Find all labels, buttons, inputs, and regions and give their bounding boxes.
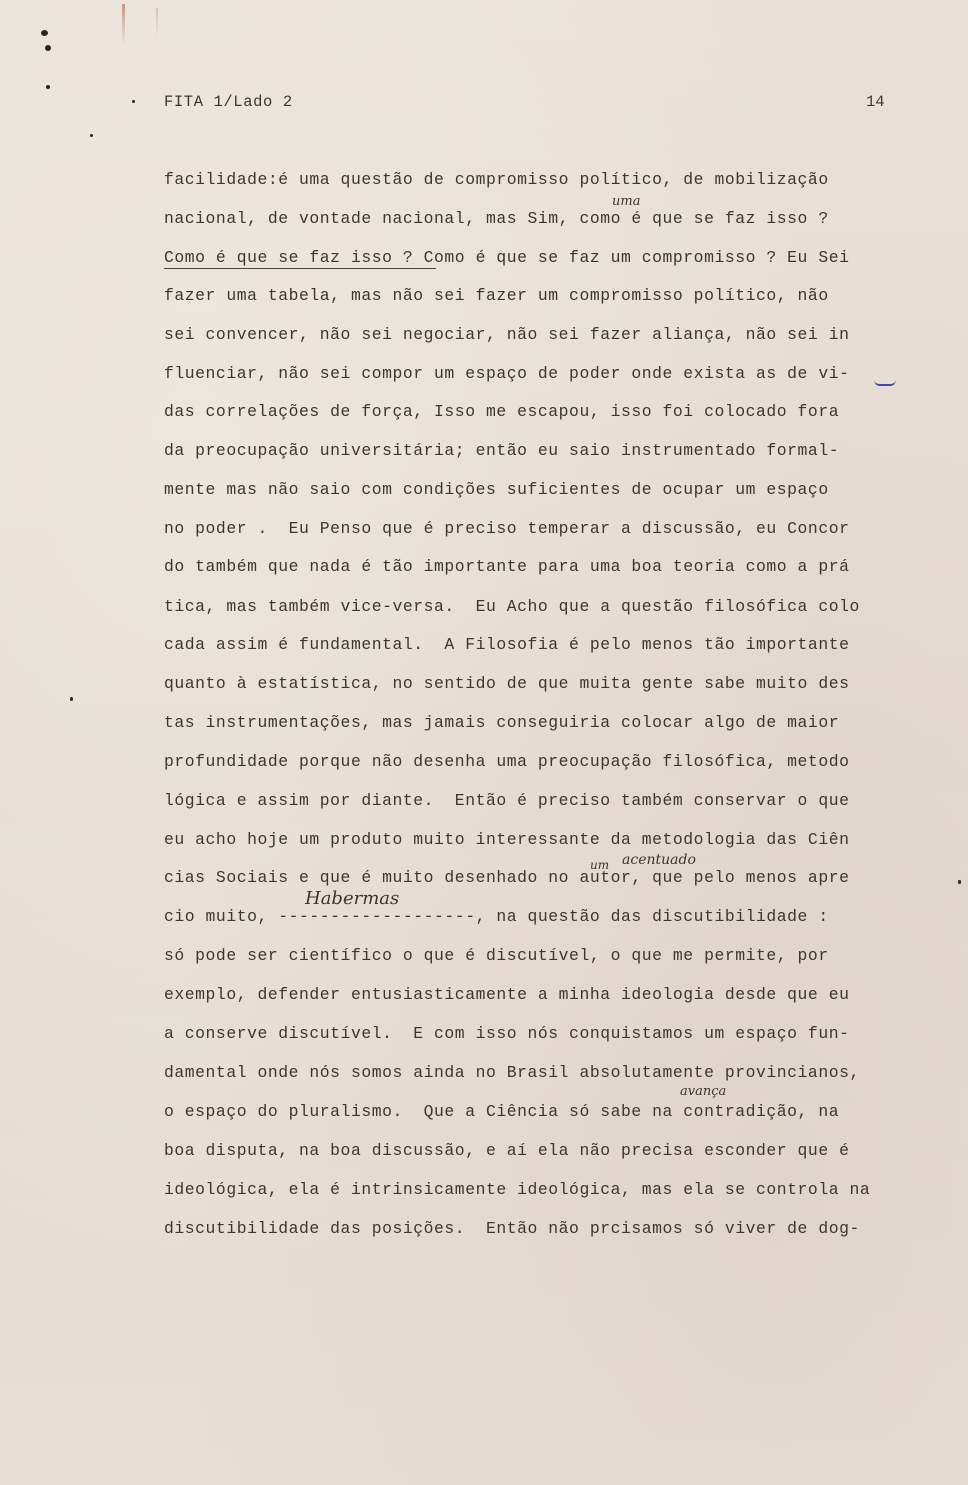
text-line: quanto à estatística, no sentido de que … (164, 674, 849, 693)
text-line: fluenciar, não sei compor um espaço de p… (164, 364, 849, 383)
bullet-dot (132, 100, 135, 103)
text-line: das correlações de força, Isso me escapo… (164, 402, 839, 421)
handwritten-insert: um (590, 858, 609, 872)
text-line: Como é que se faz isso ? Como é que se f… (164, 248, 849, 267)
text-line: a conserve discutível. E com isso nós co… (164, 1024, 849, 1043)
text-line: cias Sociais e que é muito desenhado no … (164, 868, 849, 887)
handwritten-insert: uma (612, 194, 640, 209)
punch-mark (45, 45, 51, 51)
text-line: ideológica, ela é intrinsicamente ideoló… (164, 1180, 870, 1199)
text-line: do também que nada é tão importante para… (164, 557, 849, 576)
text-line: lógica e assim por diante. Então é preci… (164, 791, 849, 810)
text-line: tas instrumentações, mas jamais consegui… (164, 713, 839, 732)
punch-mark (41, 30, 48, 36)
text-line: eu acho hoje um produto muito interessan… (164, 830, 849, 849)
text-line: no poder . Eu Penso que é preciso temper… (164, 519, 849, 538)
text-line: profundidade porque não desenha uma preo… (164, 752, 849, 771)
tape-label: FITA 1/Lado 2 (164, 93, 293, 111)
text-line: fazer uma tabela, mas não sei fazer um c… (164, 286, 829, 305)
text-line: mente mas não saio com condições suficie… (164, 480, 829, 499)
hyphen-mark (874, 380, 896, 386)
rust-stain (156, 8, 158, 38)
text-line: da preocupação universitária; então eu s… (164, 441, 839, 460)
text-line: o espaço do pluralismo. Que a Ciência só… (164, 1102, 839, 1121)
handwritten-underline (164, 268, 436, 269)
text-line: nacional, de vontade nacional, mas Sim, … (164, 209, 829, 228)
punch-mark (70, 697, 73, 701)
text-line: tica, mas também vice-versa. Eu Acho que… (164, 597, 860, 616)
text-line: sei convencer, não sei negociar, não sei… (164, 325, 849, 344)
punch-mark (90, 134, 93, 137)
rust-stain (122, 4, 125, 44)
handwritten-correction: avança (680, 1084, 726, 1099)
punch-mark (46, 85, 50, 89)
handwritten-name: Habermas (305, 888, 399, 909)
text-line: discutibilidade das posições. Então não … (164, 1219, 860, 1238)
text-line: só pode ser científico o que é discutíve… (164, 946, 829, 965)
document-page: FITA 1/Lado 2 14 facilidade:é uma questã… (0, 0, 968, 1485)
text-line: exemplo, defender entusiasticamente a mi… (164, 985, 849, 1004)
handwritten-correction: acentuado (622, 852, 696, 868)
page-number: 14 (866, 93, 885, 111)
text-line: cio muito, -------------------, na quest… (164, 907, 829, 926)
text-line: damental onde nós somos ainda no Brasil … (164, 1063, 860, 1082)
text-line: boa disputa, na boa discussão, e aí ela … (164, 1141, 849, 1160)
text-line: facilidade:é uma questão de compromisso … (164, 170, 829, 189)
text-line: cada assim é fundamental. A Filosofia é … (164, 635, 849, 654)
margin-mark (958, 880, 961, 884)
